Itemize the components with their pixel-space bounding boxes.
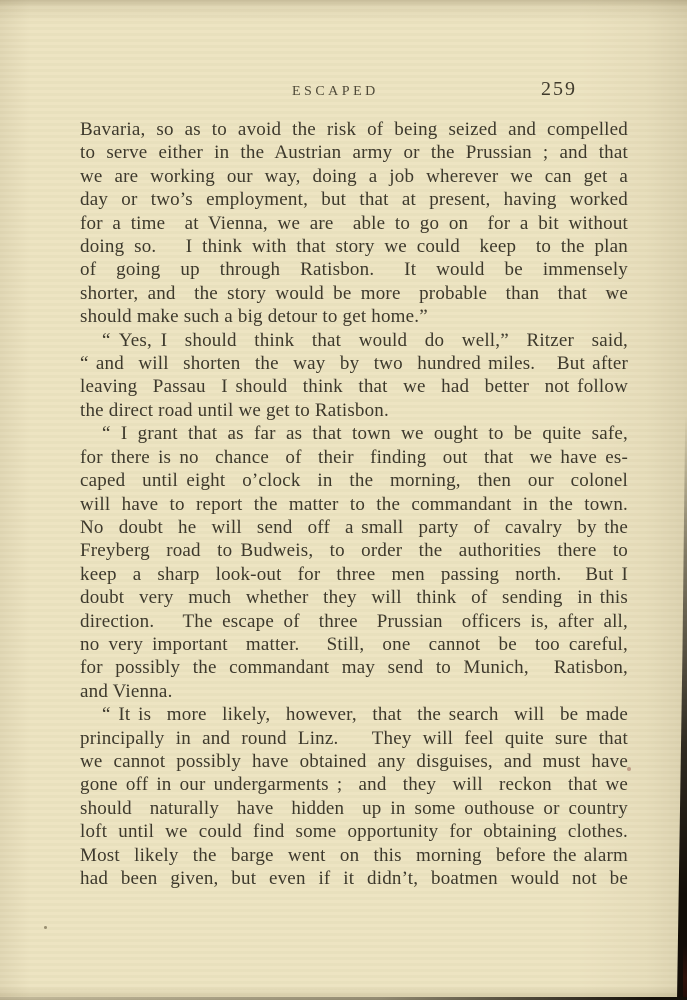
text-line: keep a sharp look-out for three men pass… [80, 563, 628, 586]
text-line: gone off in our undergarments ; and they… [80, 773, 628, 796]
text-line: the direct road until we get to Ratisbon… [80, 399, 628, 422]
paper-speck [627, 767, 631, 771]
text-line: doing so. I think with that story we cou… [80, 235, 628, 258]
text-line: doubt very much whether they will think … [80, 586, 628, 609]
text-line: for a time at Vienna, we are able to go … [80, 212, 628, 235]
text-line: should make such a big detour to get hom… [80, 305, 628, 328]
text-line: “ and will shorten the way by two hundre… [80, 352, 628, 375]
text-line: principally in and round Linz. They will… [80, 727, 628, 750]
text-line: “ It is more likely, however, that the s… [80, 703, 628, 726]
paragraph: “ I grant that as far as that town we ou… [80, 422, 628, 703]
text-line: loft until we could find some opportunit… [80, 820, 628, 843]
paper-speck [230, 434, 235, 438]
text-line: Bavaria, so as to avoid the risk of bein… [80, 118, 628, 141]
text-line: “ Yes, I should think that would do well… [80, 329, 628, 352]
paper-speck [44, 926, 47, 929]
text-block: Bavaria, so as to avoid the risk of bein… [80, 118, 628, 890]
text-line: shorter, and the story would be more pro… [80, 282, 628, 305]
text-line: we cannot possibly have obtained any dis… [80, 750, 628, 773]
text-line: direction. The escape of three Prussian … [80, 610, 628, 633]
text-line: leaving Passau I should think that we ha… [80, 375, 628, 398]
text-line: had been given, but even if it didn’t, b… [80, 867, 628, 890]
text-line: day or two’s employment, but that at pre… [80, 188, 628, 211]
paragraph: “ It is more likely, however, that the s… [80, 703, 628, 890]
text-line: Freyberg road to Budweis, to order the a… [80, 539, 628, 562]
text-line: No doubt he will send off a small party … [80, 516, 628, 539]
text-line: no very important matter. Still, one can… [80, 633, 628, 656]
text-line: of going up through Ratisbon. It would b… [80, 258, 628, 281]
text-line: Most likely the barge went on this morni… [80, 844, 628, 867]
text-line: for there is no chance of their finding … [80, 446, 628, 469]
page-edge-shadow-right [677, 415, 687, 1000]
text-line: will have to report the matter to the co… [80, 493, 628, 516]
page-number: 259 [541, 78, 577, 101]
text-line: caped until eight o’clock in the morning… [80, 469, 628, 492]
text-line: should naturally have hidden up in some … [80, 797, 628, 820]
text-line: and Vienna. [80, 680, 628, 703]
page-edge-tint [683, 945, 687, 1000]
text-line: to serve either in the Austrian army or … [80, 141, 628, 164]
paragraph: “ Yes, I should think that would do well… [80, 329, 628, 423]
text-line: for possibly the commandant may send to … [80, 656, 628, 679]
paragraph: Bavaria, so as to avoid the risk of bein… [80, 118, 628, 329]
text-line: “ I grant that as far as that town we ou… [80, 422, 628, 445]
text-line: we are working our way, doing a job wher… [80, 165, 628, 188]
page-header-title: ESCAPED [292, 84, 379, 100]
paper-speck [609, 291, 613, 295]
book-page: ESCAPED 259 Bavaria, so as to avoid the … [0, 0, 687, 1000]
